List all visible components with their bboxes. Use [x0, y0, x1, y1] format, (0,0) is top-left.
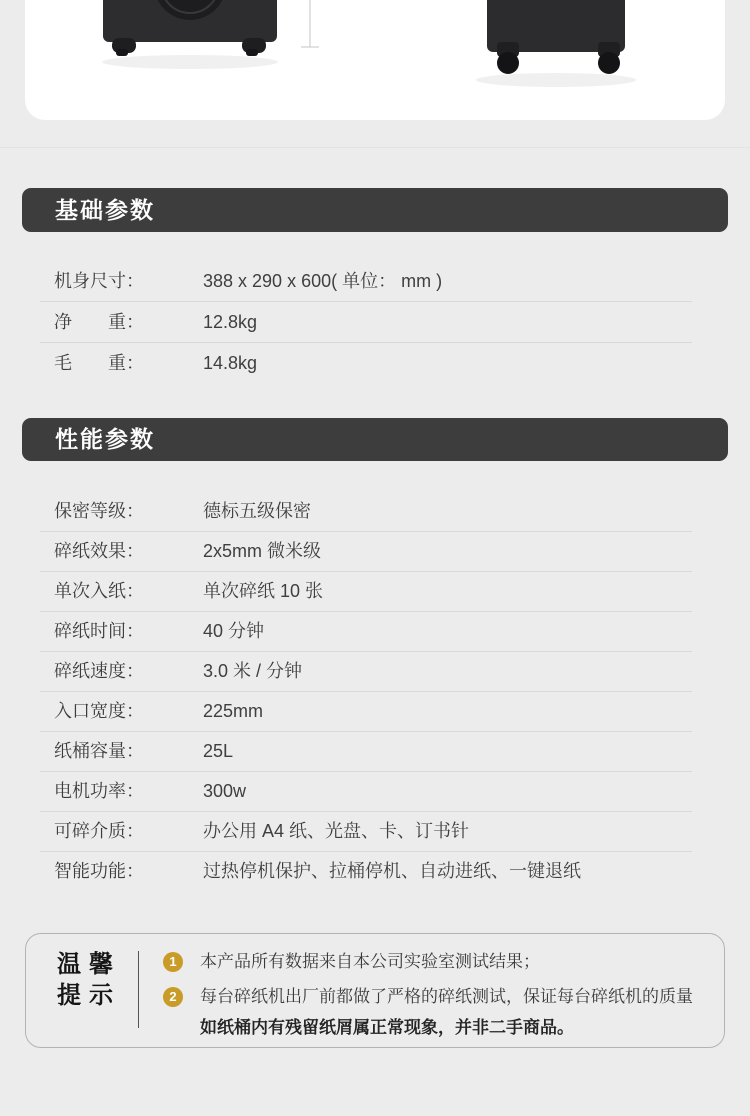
- spec-label: 智能功能：: [54, 852, 144, 891]
- spec-row: 单次入纸： 单次碎纸 10 张: [40, 571, 692, 611]
- warm-tips-title: 温馨 提示: [57, 949, 113, 1011]
- spec-row: 净 重： 12.8kg: [40, 301, 692, 342]
- spec-value: 300w: [203, 772, 246, 811]
- warm-tips-title-line1: 温馨: [57, 949, 113, 980]
- spec-row: 碎纸时间： 40 分钟: [40, 611, 692, 651]
- spec-value: 40 分钟: [203, 612, 264, 651]
- section-seam-divider: [0, 147, 750, 148]
- spec-label: 电机功率：: [54, 772, 144, 811]
- spec-row: 碎纸效果： 2x5mm 微米级: [40, 531, 692, 571]
- spec-label: 毛 重：: [54, 343, 144, 383]
- spec-label: 入口宽度：: [54, 692, 144, 731]
- performance-params-table: 保密等级： 德标五级保密 碎纸效果： 2x5mm 微米级 单次入纸： 单次碎纸 …: [40, 492, 692, 891]
- spec-value: 单次碎纸 10 张: [203, 572, 323, 611]
- shredder-product-images: [0, 0, 750, 120]
- spec-row: 电机功率： 300w: [40, 771, 692, 811]
- spec-row: 智能功能： 过热停机保护、拉桶停机、自动进纸、一键退纸: [40, 851, 692, 891]
- spec-value: 25L: [203, 732, 233, 771]
- spec-row: 机身尺寸： 388 x 290 x 600( 单位： mm ): [40, 261, 692, 301]
- warm-tips-title-line2: 提示: [57, 980, 113, 1011]
- section-title: 基础参数: [55, 197, 155, 223]
- spec-row: 可碎介质： 办公用 A4 纸、光盘、卡、订书针: [40, 811, 692, 851]
- spec-value: 德标五级保密: [203, 492, 311, 531]
- tips-vertical-divider: [138, 951, 139, 1028]
- tip-number-badge-2: 2: [163, 987, 183, 1007]
- spec-row: 毛 重： 14.8kg: [40, 342, 692, 383]
- shredder-image-left: [102, 0, 278, 69]
- spec-value: 225mm: [203, 692, 263, 731]
- spec-value: 12.8kg: [203, 302, 257, 342]
- dimension-line: [301, 0, 319, 47]
- tip-text-1: 本产品所有数据来自本公司实验室测试结果；: [200, 951, 540, 972]
- basic-params-table: 机身尺寸： 388 x 290 x 600( 单位： mm ) 净 重： 12.…: [40, 261, 692, 383]
- spec-label: 保密等级：: [54, 492, 144, 531]
- tip-text-2-bold-line: 如纸桶内有残留纸屑属正常现象，并非二手商品。: [200, 1017, 574, 1038]
- section-title: 性能参数: [55, 426, 155, 452]
- spec-row: 碎纸速度： 3.0 米 / 分钟: [40, 651, 692, 691]
- spec-value: 办公用 A4 纸、光盘、卡、订书针: [203, 812, 469, 851]
- spec-label: 净 重：: [54, 302, 144, 342]
- spec-label: 碎纸速度：: [54, 652, 144, 691]
- spec-value: 388 x 290 x 600( 单位： mm ): [203, 261, 442, 301]
- tip-number-badge-1: 1: [163, 952, 183, 972]
- shredder-image-right: [476, 0, 636, 87]
- spec-label: 可碎介质：: [54, 812, 144, 851]
- spec-row: 入口宽度： 225mm: [40, 691, 692, 731]
- spec-label: 单次入纸：: [54, 572, 144, 611]
- section-header-performance-params: 性能参数: [22, 418, 728, 461]
- spec-label: 碎纸时间：: [54, 612, 144, 651]
- spec-value: 过热停机保护、拉桶停机、自动进纸、一键退纸: [203, 852, 581, 891]
- spec-label: 机身尺寸：: [54, 261, 144, 301]
- spec-value: 3.0 米 / 分钟: [203, 652, 302, 691]
- spec-label: 碎纸效果：: [54, 532, 144, 571]
- section-header-basic-params: 基础参数: [22, 188, 728, 232]
- spec-label: 纸桶容量：: [54, 732, 144, 771]
- spec-value: 2x5mm 微米级: [203, 532, 321, 571]
- spec-row: 保密等级： 德标五级保密: [40, 492, 692, 531]
- spec-row: 纸桶容量： 25L: [40, 731, 692, 771]
- tip-text-2: 每台碎纸机出厂前都做了严格的碎纸测试，保证每台碎纸机的质量: [200, 986, 693, 1007]
- spec-value: 14.8kg: [203, 343, 257, 383]
